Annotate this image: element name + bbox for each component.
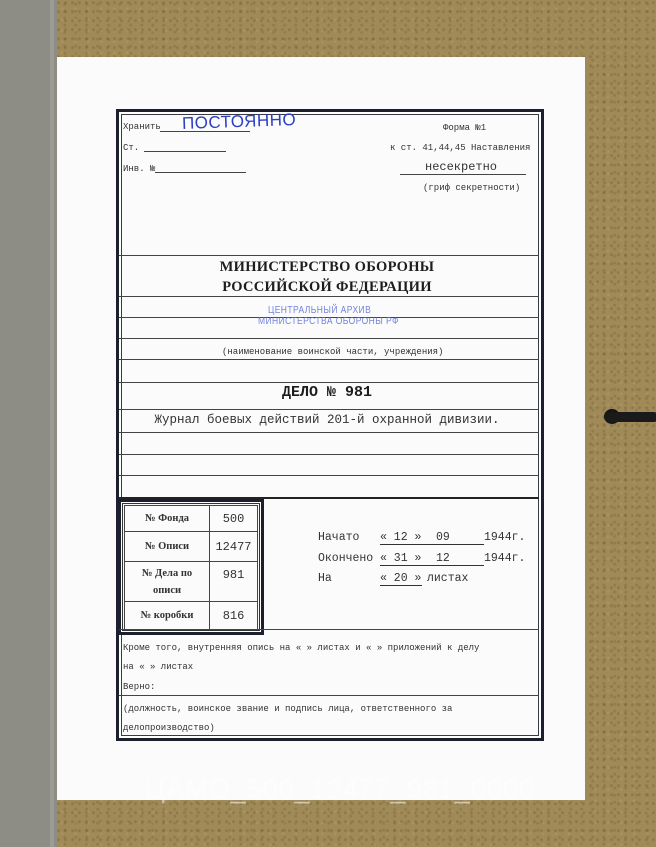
secrecy-value: несекретно (425, 160, 497, 174)
unit-caption: (наименование воинской части, учреждения… (222, 347, 443, 357)
sheets-suffix: листах (427, 572, 468, 585)
started-year: 1944г. (484, 531, 525, 544)
rule-line (119, 432, 539, 433)
rule-line (119, 409, 539, 410)
ended-year: 1944г. (484, 552, 525, 565)
ledger-value-box: 816 (210, 602, 258, 630)
case-subject: Журнал боевых действий 201-й охранной ди… (116, 413, 538, 427)
rule-line (119, 338, 539, 339)
secrecy-underline (400, 174, 526, 175)
secrecy-caption: (гриф секретности) (423, 183, 520, 193)
responsible-line-1: (должность, воинское звание и подпись ли… (123, 704, 452, 714)
ministry-line-2: РОССИЙСКОЙ ФЕДЕРАЦИИ (116, 279, 538, 296)
store-label: Хранить (123, 122, 161, 132)
started-month: 09 (436, 531, 450, 544)
inventory-line-1: Кроме того, внутренняя опись на « » лист… (123, 643, 479, 653)
case-title: ДЕЛО № 981 (116, 384, 538, 401)
store-stamp: ПОСТОЯННО (182, 110, 297, 134)
rule-line (119, 629, 539, 630)
ended-underline (380, 565, 484, 566)
sheets-underline (380, 585, 422, 586)
instruction-ref: к ст. 41,44,45 Наставления (390, 143, 530, 153)
rule-line (119, 454, 539, 455)
ledger-value-fond: 500 (210, 506, 258, 532)
sheets-label: На (318, 572, 332, 585)
rule-line (119, 695, 539, 696)
rule-line (119, 359, 539, 360)
archive-stamp-line-2: МИНИСТЕРСТВА ОБОРОНЫ РФ (258, 317, 399, 327)
folder-spine-edge (50, 0, 54, 847)
ledger-label-fond: № Фонда (125, 506, 210, 532)
ended-day: « 31 » (380, 552, 421, 565)
ledger-label-box: № коробки (125, 602, 210, 630)
inv-underline (155, 172, 246, 173)
verified-label: Верно: (123, 682, 155, 692)
started-underline (380, 544, 484, 545)
rule-line (119, 382, 539, 383)
st-underline (144, 151, 226, 152)
form-label: Форма №1 (443, 123, 486, 133)
ledger-label-delo: № Дела по описи (125, 562, 210, 602)
started-label: Начато (318, 531, 359, 544)
ledger-value-delo: 981 (210, 562, 258, 602)
archive-ledger: № Фонда 500 № Описи 12477 № Дела по опис… (118, 499, 264, 635)
ledger-label-opis: № Описи (125, 532, 210, 562)
archive-watermark: ЦАМО_500_12477_981_0000 (145, 774, 535, 805)
ministry-line-1: МИНИСТЕРСТВО ОБОРОНЫ (116, 259, 538, 276)
rule-line (119, 255, 539, 256)
rule-line (119, 475, 539, 476)
rule-line (119, 296, 539, 297)
ledger-value-opis: 12477 (210, 532, 258, 562)
archive-stamp-line-1: ЦЕНТРАЛЬНЫЙ АРХИВ (268, 306, 371, 316)
ended-label: Окончено (318, 552, 373, 565)
inv-label: Инв. № (123, 164, 155, 174)
responsible-line-2: делопроизводство) (123, 723, 215, 733)
ended-month: 12 (436, 552, 450, 565)
st-label: Ст. (123, 143, 139, 153)
inventory-line-2: на « » листах (123, 662, 193, 672)
started-day: « 12 » (380, 531, 421, 544)
binding-string (604, 412, 656, 422)
sheets-count: « 20 » (380, 572, 421, 585)
